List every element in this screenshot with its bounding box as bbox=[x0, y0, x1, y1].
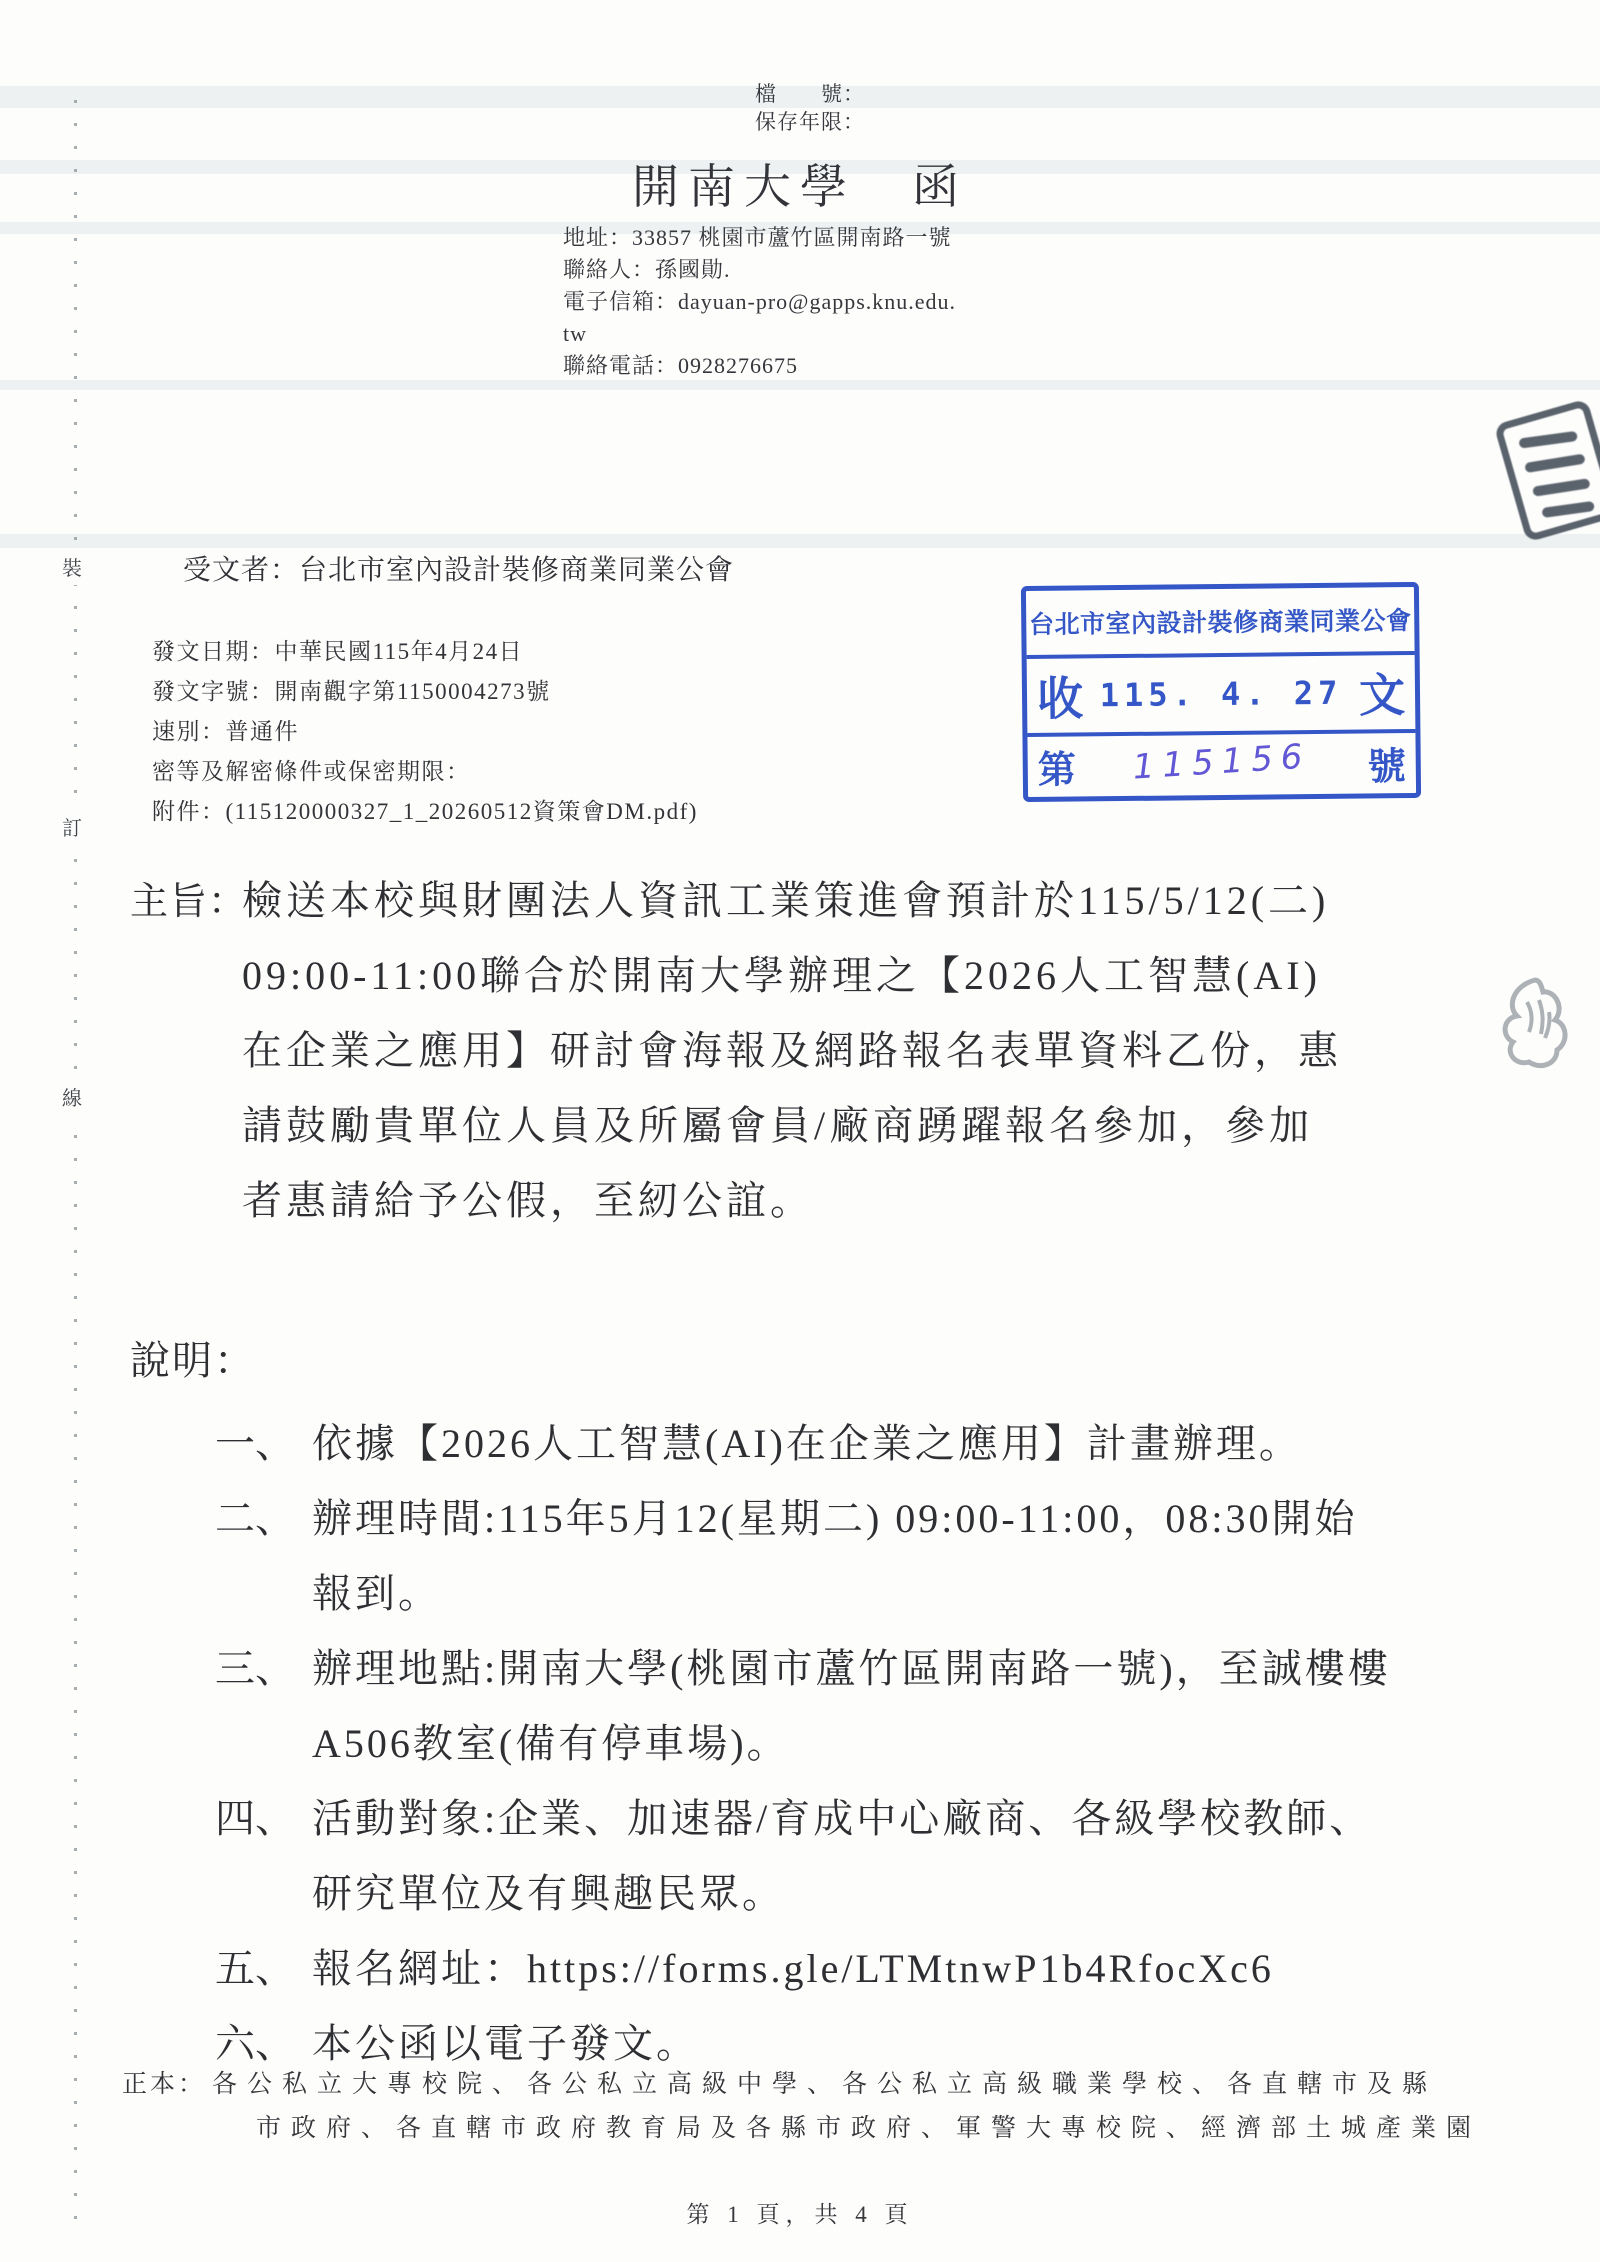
item-row-4: 四、 活動對象:企業、加速器/育成中心廠商、各級學校教師、 bbox=[215, 1778, 1391, 1853]
item-row-3-cont: A506教室(備有停車場)。 bbox=[215, 1703, 1391, 1778]
speed-class: 速別：普通件 bbox=[152, 712, 698, 752]
item-row-5: 五、 報名網址：https://forms.gle/LTMtnwP1b4Rfoc… bbox=[215, 1928, 1391, 2003]
item-number: 二、 bbox=[215, 1487, 312, 1544]
subject-block: 主旨： 檢送本校與財團法人資訊工業策進會預計於115/5/12(二) 09:00… bbox=[130, 860, 1342, 1235]
sender-email-line2: tw bbox=[563, 318, 956, 350]
recipient-line: 受文者：台北市室內設計裝修商業同業公會 bbox=[183, 548, 734, 588]
item-text-registration-url: 報名網址：https://forms.gle/LTMtnwP1b4RfocXc6 bbox=[312, 1937, 1274, 1994]
item-number: 六、 bbox=[215, 2012, 312, 2069]
sender-info-block: 地址：33857 桃園市蘆竹區開南路一號 聯絡人：孫國勛. 電子信箱：dayua… bbox=[563, 222, 956, 382]
subject-line: 請鼓勵貴單位人員及所屬會員/廠商踴躍報名參加，參加 bbox=[130, 1085, 1342, 1160]
item-number: 五、 bbox=[215, 1937, 312, 1994]
item-text: 本公函以電子發文。 bbox=[312, 2012, 699, 2069]
explanation-list: 一、 依據【2026人工智慧(AI)在企業之應用】計畫辦理。 二、 辦理時間:1… bbox=[215, 1403, 1391, 2078]
stamp-date: 115. 4. 27 bbox=[1093, 674, 1349, 715]
receipt-stamp: 台北市室內設計裝修商業同業公會 收 115. 4. 27 文 第 115156 … bbox=[1021, 582, 1421, 802]
security-class: 密等及解密條件或保密期限： bbox=[152, 752, 698, 792]
binding-mark-xian: 線 bbox=[62, 1078, 82, 1115]
copy-to-text: 各公私立大專校院、各公私立高級中學、各公私立高級職業學校、各直轄市及縣 bbox=[212, 2063, 1437, 2107]
meta-block: 發文日期：中華民國115年4月24日 發文字號：開南觀字第1150004273號… bbox=[152, 632, 698, 832]
item-row-4-cont: 研究單位及有興趣民眾。 bbox=[215, 1853, 1391, 1928]
subject-line: 主旨： 檢送本校與財團法人資訊工業策進會預計於115/5/12(二) bbox=[130, 860, 1342, 935]
item-number: 四、 bbox=[215, 1787, 312, 1844]
item-text: 活動對象:企業、加速器/育成中心廠商、各級學校教師、 bbox=[312, 1787, 1372, 1844]
item-row-3: 三、 辦理地點:開南大學(桃園市蘆竹區開南路一號)，至誠樓樓 bbox=[215, 1628, 1391, 1703]
stamp-org-name: 台北市室內設計裝修商業同業公會 bbox=[1026, 587, 1415, 659]
scan-artifact-band bbox=[0, 534, 1600, 548]
page-footer: 第 1 頁，共 4 頁 bbox=[0, 2196, 1600, 2229]
item-number: 三、 bbox=[215, 1637, 312, 1694]
stamp-receive-label: 收 bbox=[1027, 662, 1094, 729]
copy-to-label: 正本： bbox=[122, 2063, 212, 2107]
file-number-block: 檔 號： 保存年限： bbox=[755, 80, 865, 136]
file-no-label: 檔 號： bbox=[755, 80, 865, 108]
binding-mark-ding: 訂 bbox=[62, 808, 82, 845]
copy-to-line: 正本： 各公私立大專校院、各公私立高級中學、各公私立高級職業學校、各直轄市及縣 bbox=[122, 2063, 1481, 2107]
sender-contact: 聯絡人：孫國勛. bbox=[563, 254, 956, 286]
edge-stamp-icon bbox=[1492, 397, 1600, 545]
stamp-receive-row: 收 115. 4. 27 文 bbox=[1027, 655, 1416, 737]
document-title: 開南大學 函 bbox=[0, 150, 1600, 217]
subject-line: 者惠請給予公假，至紉公誼。 bbox=[130, 1160, 1342, 1235]
scanned-official-letter-page: 裝 訂 線 檔 號： 保存年限： 開南大學 函 地址：33857 桃園市蘆竹區開… bbox=[0, 0, 1600, 2262]
attachment-line: 附件：(115120000327_1_20260512資策會DM.pdf) bbox=[152, 792, 698, 832]
ink-smudge-mark bbox=[1493, 972, 1578, 1072]
binding-dotted-line bbox=[74, 100, 77, 2220]
item-text: 辦理地點:開南大學(桃園市蘆竹區開南路一號)，至誠樓樓 bbox=[312, 1637, 1391, 1694]
binding-mark-zhuang: 裝 bbox=[62, 548, 82, 585]
item-text: 依據【2026人工智慧(AI)在企業之應用】計畫辦理。 bbox=[312, 1412, 1302, 1469]
stamp-doc-label: 文 bbox=[1349, 659, 1416, 726]
sender-address: 地址：33857 桃園市蘆竹區開南路一號 bbox=[563, 222, 956, 254]
explanation-label: 說明： bbox=[130, 1320, 256, 1395]
item-number: 一、 bbox=[215, 1412, 312, 1469]
issue-date: 發文日期：中華民國115年4月24日 bbox=[152, 632, 698, 672]
item-text: 辦理時間:115年5月12(星期二) 09:00-11:00，08:30開始 bbox=[312, 1487, 1357, 1544]
subject-text: 檢送本校與財團法人資訊工業策進會預計於115/5/12(二) bbox=[242, 869, 1329, 926]
stamp-no-prefix: 第 bbox=[1027, 738, 1086, 794]
edge-stamp-partial bbox=[1492, 397, 1600, 545]
stamp-number-row: 第 115156 號 bbox=[1027, 733, 1416, 796]
copy-to-block: 正本： 各公私立大專校院、各公私立高級中學、各公私立高級職業學校、各直轄市及縣 … bbox=[122, 2063, 1481, 2151]
subject-label: 主旨： bbox=[130, 870, 242, 925]
sender-email-line1: 電子信箱：dayuan-pro@gapps.knu.edu. bbox=[563, 286, 956, 318]
issue-number: 發文字號：開南觀字第1150004273號 bbox=[152, 672, 698, 712]
stamp-handwritten-number: 115156 bbox=[1085, 733, 1359, 790]
item-row-2-cont: 報到。 bbox=[215, 1553, 1391, 1628]
subject-line: 09:00-11:00聯合於開南大學辦理之【2026人工智慧(AI) bbox=[130, 935, 1342, 1010]
item-row-1: 一、 依據【2026人工智慧(AI)在企業之應用】計畫辦理。 bbox=[215, 1403, 1391, 1478]
stamp-no-suffix: 號 bbox=[1357, 735, 1416, 791]
item-row-2: 二、 辦理時間:115年5月12(星期二) 09:00-11:00，08:30開… bbox=[215, 1478, 1391, 1553]
copy-to-line: 市政府、各直轄市政府教育局及各縣市政府、軍警大專校院、經濟部土城產業園 bbox=[122, 2107, 1481, 2151]
sender-phone: 聯絡電話：0928276675 bbox=[563, 350, 956, 382]
subject-line: 在企業之應用】研討會海報及網路報名表單資料乙份，惠 bbox=[130, 1010, 1342, 1085]
retention-label: 保存年限： bbox=[755, 108, 865, 136]
